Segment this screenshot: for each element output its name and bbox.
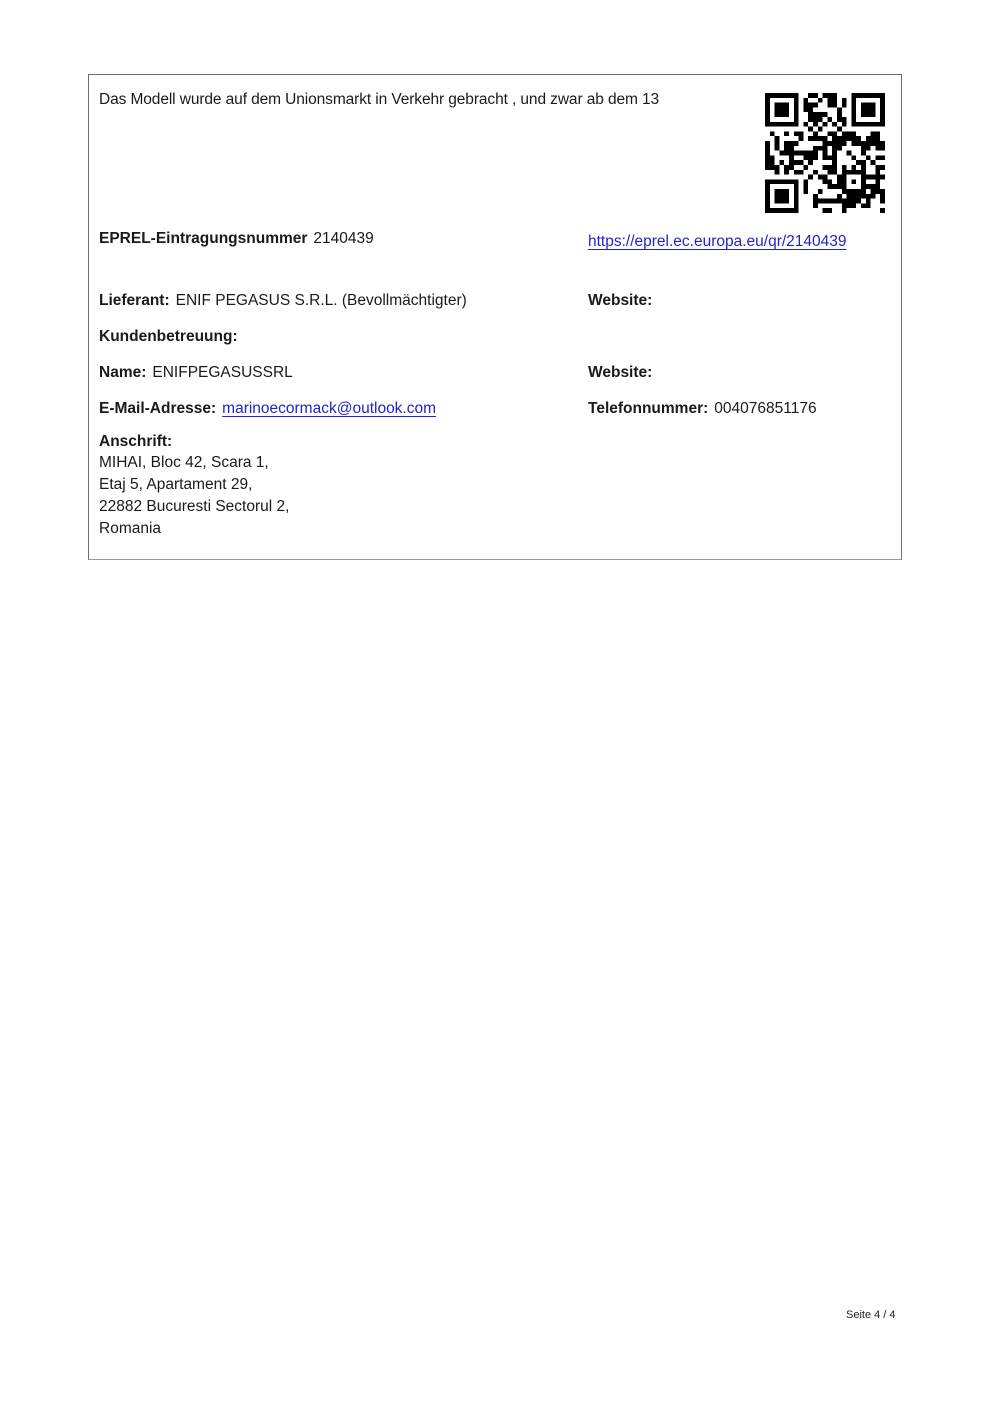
eprel-link-container: https://eprel.ec.europa.eu/qr/2140439 [588,231,878,253]
email-link[interactable]: marinoecormack@outlook.com [222,400,436,417]
customer-service-website-row: Website: [588,363,658,383]
customer-service-website-label: Website: [588,364,652,381]
market-placement-text: Das Modell wurde auf dem Unionsmarkt in … [99,91,659,109]
eprel-link[interactable]: https://eprel.ec.europa.eu/qr/2140439 [588,233,847,250]
name-value: ENIFPEGASUSSRL [152,364,292,381]
product-info-box: Das Modell wurde auf dem Unionsmarkt in … [88,74,902,560]
phone-row: Telefonnummer:004076851176 [588,399,817,419]
phone-value: 004076851176 [714,400,816,417]
eprel-number: 2140439 [313,230,373,247]
customer-service-name-row: Name:ENIFPEGASUSSRL [99,363,293,383]
page-indicator: Seite 4 / 4 [846,1309,896,1321]
supplier-label: Lieferant: [99,292,170,309]
address-line: MIHAI, Bloc 42, Scara 1, [99,452,289,474]
address-line: Etaj 5, Apartament 29, [99,474,289,496]
eprel-label: EPREL-Eintragungsnummer [99,230,307,247]
address-label: Anschrift: [99,432,289,452]
supplier-website-label: Website: [588,292,652,309]
name-label: Name: [99,364,146,381]
email-label: E-Mail-Adresse: [99,400,216,417]
eprel-registration-row: EPREL-Eintragungsnummer2140439 [99,229,374,249]
qr-code-graphic [765,93,885,213]
phone-label: Telefonnummer: [588,400,708,417]
address-block: Anschrift: MIHAI, Bloc 42, Scara 1, Etaj… [99,432,289,540]
email-row: E-Mail-Adresse:marinoecormack@outlook.co… [99,399,436,419]
supplier-website-row: Website: [588,291,658,311]
customer-service-heading: Kundenbetreuung: [99,328,238,345]
address-line: 22882 Bucuresti Sectorul 2, [99,496,289,518]
supplier-row: Lieferant:ENIF PEGASUS S.R.L. (Bevollmäc… [99,291,467,311]
address-line: Romania [99,518,289,540]
qr-code-icon[interactable] [765,93,885,213]
supplier-name: ENIF PEGASUS S.R.L. (Bevollmächtigter) [176,292,467,309]
customer-service-heading-row: Kundenbetreuung: [99,327,238,347]
